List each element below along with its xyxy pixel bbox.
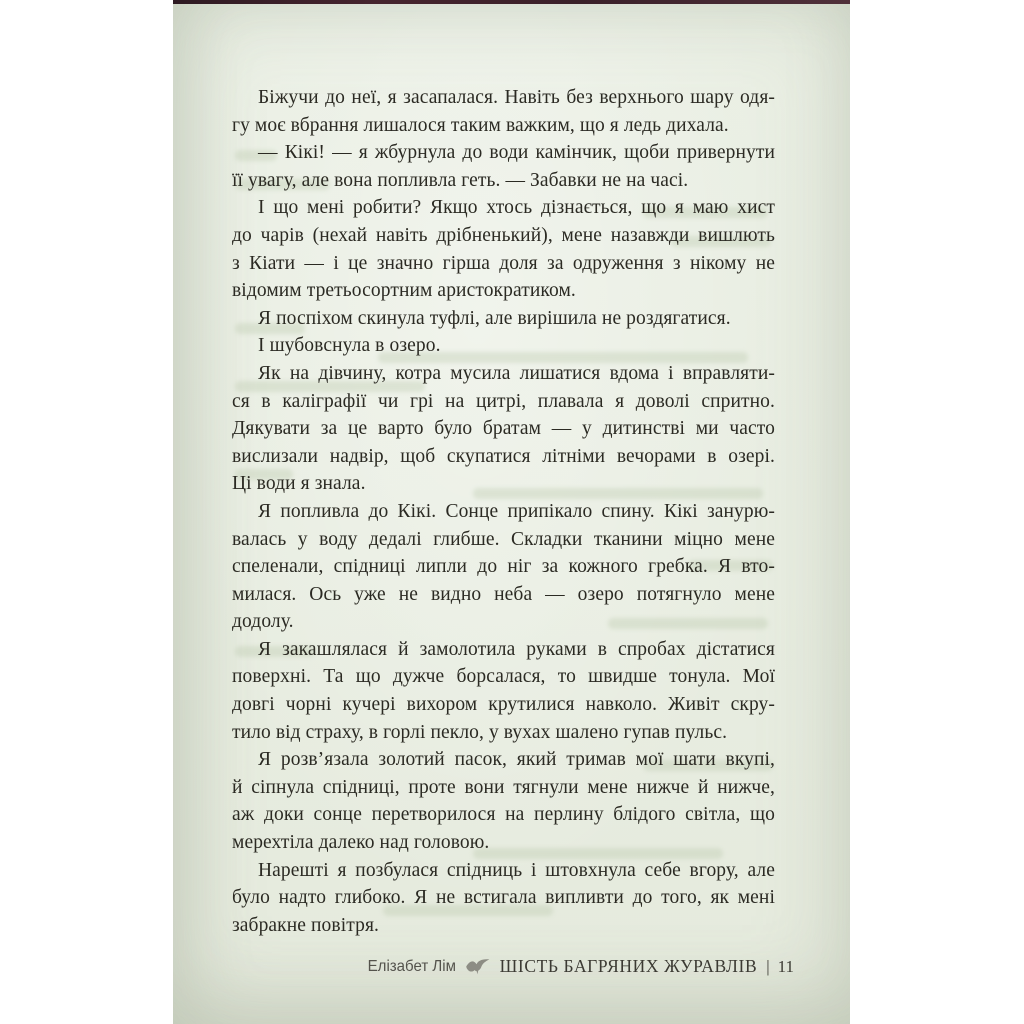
- text-line: — Кікі! — я жбурнула до води камінчик, щ…: [232, 139, 775, 167]
- text-line: Біжучи до неї, я засапалася. Навіть без …: [232, 84, 775, 112]
- text-line: й сіпнула спідниці, проте вони тягнули м…: [232, 774, 775, 802]
- footer-divider: |: [766, 957, 769, 977]
- page-text: Біжучи до неї, я засапалася. Навіть без …: [232, 84, 775, 939]
- text-line: Я закашлялася й замолотила руками в спро…: [232, 636, 775, 664]
- book-page-photo: Біжучи до неї, я засапалася. Навіть без …: [173, 0, 850, 1024]
- text-line: аж доки сонце перетворилося на перлину б…: [232, 801, 775, 829]
- text-line: валась у воду дедалі глибше. Складки тка…: [232, 526, 775, 554]
- text-line: поверхні. Та що дужче борсалася, то швид…: [232, 663, 775, 691]
- text-line: ся в каліграфії чи грі на цитрі, плавала…: [232, 388, 775, 416]
- text-line: довгі чорні кучері вихором крутилися нав…: [232, 691, 775, 719]
- text-line: Я розв’язала золотий пасок, який тримав …: [232, 746, 775, 774]
- page-footer: Елізабет Лім ШІСТЬ БАГРЯНИХ ЖУРАВЛІВ | 1…: [362, 956, 794, 977]
- text-line: спеленали, спідниці липли до ніг за кожн…: [232, 553, 775, 581]
- text-line: І що мені робити? Якщо хтось дізнається,…: [232, 194, 775, 222]
- text-line: було надто глибоко. Я не встигала виплив…: [232, 884, 775, 912]
- text-line: мерехтіла далеко над головою.: [232, 829, 775, 857]
- text-line: її увагу, але вона попливла геть. — Заба…: [232, 167, 775, 195]
- text-line: І шубовснула в озеро.: [232, 332, 775, 360]
- text-line: з Кіати — і це значно гірша доля за одру…: [232, 250, 775, 278]
- text-line: відомим третьосортним аристократиком.: [232, 277, 775, 305]
- text-line: Я поспіхом скинула туфлі, але вирішила н…: [232, 305, 775, 333]
- text-line: милася. Ось уже не видно неба — озеро по…: [232, 581, 775, 609]
- text-line: Нарешті я позбулася спідниць і штовхнула…: [232, 857, 775, 885]
- text-line: Як на дівчину, котра мусила лишатися вдо…: [232, 360, 775, 388]
- footer-book-title: ШІСТЬ БАГРЯНИХ ЖУРАВЛІВ: [500, 956, 758, 977]
- text-line: Ці води я знала.: [232, 470, 775, 498]
- text-line: Я попливла до Кікі. Сонце припікало спин…: [232, 498, 775, 526]
- footer-author: Елізабет Лім: [367, 958, 455, 976]
- text-line: Дякувати за це варто було братам — у дит…: [232, 415, 775, 443]
- text-line: забракне повітря.: [232, 912, 775, 940]
- crane-icon: [465, 958, 491, 975]
- text-line: гу моє вбрання лишалося таким важким, що…: [232, 112, 775, 140]
- text-line: вислизали надвір, щоб скупатися літніми …: [232, 443, 775, 471]
- footer-page-number: 11: [778, 957, 794, 977]
- text-line: до чарів (нехай навіть дрібненький), мен…: [232, 222, 775, 250]
- text-line: тило від страху, в горлі пекло, у вухах …: [232, 719, 775, 747]
- page-top-edge: [173, 0, 850, 4]
- text-line: додолу.: [232, 608, 775, 636]
